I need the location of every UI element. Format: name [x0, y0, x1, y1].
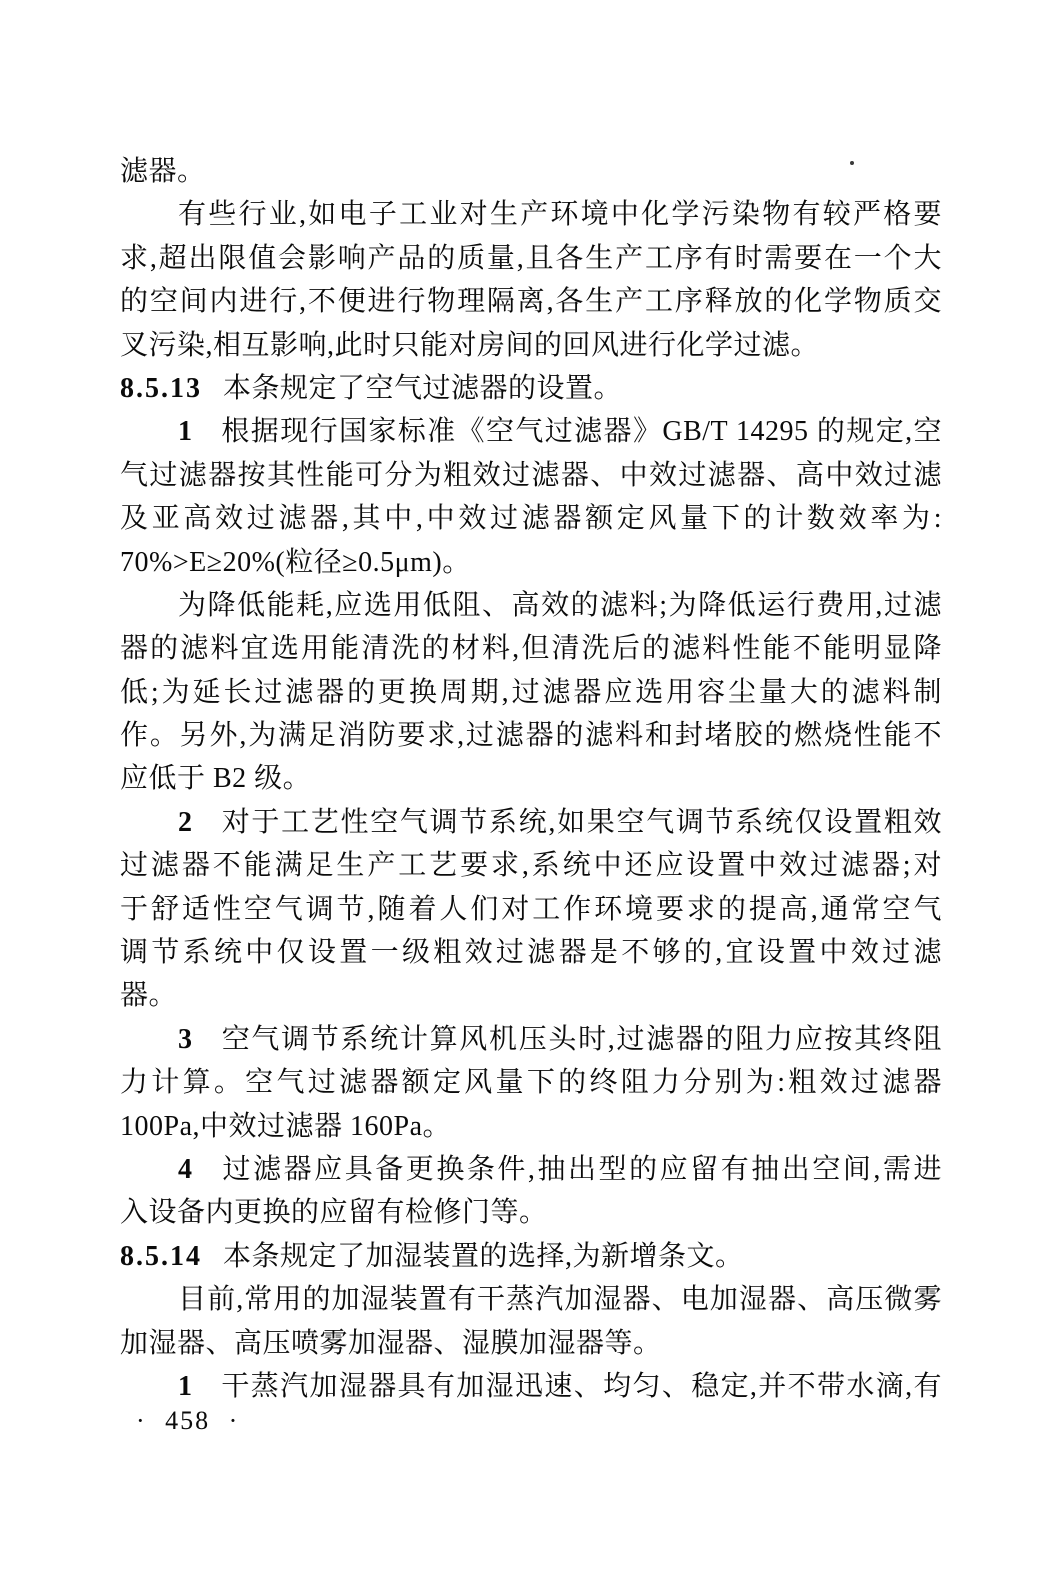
paragraph-line: 器。 [120, 974, 942, 1017]
line-text: 70%>E≥20%(粒径≥0.5μm)。 [120, 547, 471, 578]
paragraph-line: 器的滤料宜选用能清洗的材料,但清洗后的滤料性能不能明显降 [120, 627, 942, 670]
paragraph-line: 3空气调节系统计算风机压头时,过滤器的阻力应按其终阻 [120, 1018, 942, 1061]
line-text: 气过滤器按其性能可分为粗效过滤器、中效过滤器、高中效过滤器 [120, 460, 942, 497]
paragraph-line: 及亚高效过滤器,其中,中效过滤器额定风量下的计数效率为: [120, 497, 942, 540]
section-number: 8.5.13 [120, 373, 202, 404]
paragraph-line: 调节系统中仅设置一级粗效过滤器是不够的,宜设置中效过滤 [120, 931, 942, 974]
line-text: 本条规定了加湿装置的选择,为新增条文。 [223, 1241, 744, 1272]
paragraph-line: 力计算。空气过滤器额定风量下的终阻力分别为:粗效过滤器 [120, 1061, 942, 1104]
line-text: 求,超出限值会影响产品的质量,且各生产工序有时需要在一个大 [120, 243, 942, 274]
line-text: 于舒适性空气调节,随着人们对工作环境要求的提高,通常空气 [120, 894, 942, 925]
line-text: 有些行业,如电子工业对生产环境中化学污染物有较严格要 [178, 199, 942, 230]
line-text: 入设备内更换的应留有检修门等。 [120, 1197, 548, 1228]
line-text: 滤器。 [120, 156, 206, 187]
line-text: 力计算。空气过滤器额定风量下的终阻力分别为:粗效过滤器 [120, 1067, 942, 1098]
paragraph-line: 目前,常用的加湿装置有干蒸汽加湿器、电加湿器、高压微雾 [120, 1278, 942, 1321]
paragraph-line: 求,超出限值会影响产品的质量,且各生产工序有时需要在一个大 [120, 237, 942, 280]
paragraph-line: 叉污染,相互影响,此时只能对房间的回风进行化学过滤。 [120, 324, 942, 367]
paragraph-line: 作。另外,为满足消防要求,过滤器的滤料和封堵胶的燃烧性能不 [120, 714, 942, 757]
line-text: 对于工艺性空气调节系统,如果空气调节系统仅设置粗效 [221, 807, 943, 838]
section-heading: 8.5.14本条规定了加湿装置的选择,为新增条文。 [120, 1235, 942, 1278]
paragraph-line: 70%>E≥20%(粒径≥0.5μm)。 [120, 541, 942, 584]
line-text: 为降低能耗,应选用低阻、高效的滤料;为降低运行费用,过滤 [178, 590, 942, 621]
paragraph-line: 加湿器、高压喷雾加湿器、湿膜加湿器等。 [120, 1322, 942, 1365]
line-text: 及亚高效过滤器,其中,中效过滤器额定风量下的计数效率为: [120, 503, 942, 534]
paragraph-line: 滤器。 [120, 150, 942, 193]
paragraph-line: 1根据现行国家标准《空气过滤器》GB/T 14295 的规定,空 [120, 410, 942, 453]
paragraph-line: 过滤器不能满足生产工艺要求,系统中还应设置中效过滤器;对 [120, 844, 942, 887]
item-number: 3 [178, 1024, 193, 1055]
line-text: 目前,常用的加湿装置有干蒸汽加湿器、电加湿器、高压微雾 [178, 1284, 942, 1315]
line-text: 器的滤料宜选用能清洗的材料,但清洗后的滤料性能不能明显降 [120, 633, 942, 664]
paragraph-line: 为降低能耗,应选用低阻、高效的滤料;为降低运行费用,过滤 [120, 584, 942, 627]
paragraph-line: 1干蒸汽加湿器具有加湿迅速、均匀、稳定,并不带水滴,有 [120, 1365, 942, 1408]
line-text: 加湿器、高压喷雾加湿器、湿膜加湿器等。 [120, 1328, 662, 1359]
item-number: 2 [178, 807, 193, 838]
line-text: 本条规定了空气过滤器的设置。 [223, 373, 622, 404]
scanned-document-page: 滤器。有些行业,如电子工业对生产环境中化学污染物有较严格要求,超出限值会影响产品… [0, 0, 1058, 1576]
item-number: 4 [178, 1154, 193, 1185]
line-text: 叉污染,相互影响,此时只能对房间的回风进行化学过滤。 [120, 330, 819, 361]
item-number: 1 [178, 1371, 193, 1402]
line-text: 干蒸汽加湿器具有加湿迅速、均匀、稳定,并不带水滴,有 [221, 1371, 943, 1402]
line-text: 过滤器应具备更换条件,抽出型的应留有抽出空间,需进 [221, 1154, 943, 1185]
paragraph-line: 入设备内更换的应留有检修门等。 [120, 1191, 942, 1234]
paragraph-line: 气过滤器按其性能可分为粗效过滤器、中效过滤器、高中效过滤器 [120, 454, 942, 497]
item-number: 1 [178, 416, 193, 447]
paragraph-line: 4过滤器应具备更换条件,抽出型的应留有抽出空间,需进 [120, 1148, 942, 1191]
line-text: 过滤器不能满足生产工艺要求,系统中还应设置中效过滤器;对 [120, 850, 942, 881]
paragraph-line: 有些行业,如电子工业对生产环境中化学污染物有较严格要 [120, 193, 942, 236]
line-text: 作。另外,为满足消防要求,过滤器的滤料和封堵胶的燃烧性能不 [120, 720, 942, 751]
line-text: 100Pa,中效过滤器 160Pa。 [120, 1111, 451, 1142]
paragraph-line: 于舒适性空气调节,随着人们对工作环境要求的提高,通常空气 [120, 888, 942, 931]
text-block: 滤器。有些行业,如电子工业对生产环境中化学污染物有较严格要求,超出限值会影响产品… [120, 150, 942, 1408]
line-text: 调节系统中仅设置一级粗效过滤器是不够的,宜设置中效过滤 [120, 937, 942, 968]
paragraph-line: 的空间内进行,不便进行物理隔离,各生产工序释放的化学物质交 [120, 280, 942, 323]
page-number: · 458 · [136, 1406, 239, 1436]
line-text: 低;为延长过滤器的更换周期,过滤器应选用容尘量大的滤料制 [120, 677, 942, 708]
line-text: 根据现行国家标准《空气过滤器》GB/T 14295 的规定,空 [221, 416, 943, 447]
line-text: 应低于 B2 级。 [120, 763, 311, 794]
line-text: 的空间内进行,不便进行物理隔离,各生产工序释放的化学物质交 [120, 286, 942, 317]
paragraph-line: 应低于 B2 级。 [120, 757, 942, 800]
section-number: 8.5.14 [120, 1241, 202, 1272]
line-text: 空气调节系统计算风机压头时,过滤器的阻力应按其终阻 [221, 1024, 943, 1055]
paragraph-line: 100Pa,中效过滤器 160Pa。 [120, 1105, 942, 1148]
line-text: 器。 [120, 980, 177, 1011]
scan-artifact-dot [850, 161, 854, 165]
paragraph-line: 2对于工艺性空气调节系统,如果空气调节系统仅设置粗效 [120, 801, 942, 844]
paragraph-line: 低;为延长过滤器的更换周期,过滤器应选用容尘量大的滤料制 [120, 671, 942, 714]
section-heading: 8.5.13本条规定了空气过滤器的设置。 [120, 367, 942, 410]
